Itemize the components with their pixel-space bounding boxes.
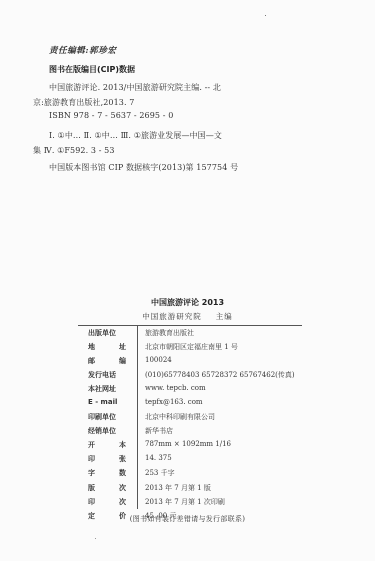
- label-char: 印: [88, 454, 95, 464]
- cip-record-number: 中国版本图书馆 CIP 数据核字(2013)第 157754 号: [49, 162, 238, 173]
- table-row: 版次 2013 年 7 月第 1 版: [88, 483, 318, 497]
- row-value-printing: 2013 年 7 月第 1 次印刷: [145, 497, 225, 507]
- table-row: 印次 2013 年 7 月第 1 次印刷: [88, 497, 318, 511]
- row-value-phone: (010)65778403 65728372 65767462(传真): [145, 370, 295, 380]
- row-label-distributor: 经销单位: [88, 426, 126, 436]
- row-value-address: 北京市朝阳区定福庄南里 1 号: [145, 342, 238, 352]
- table-row: 本社网址 www. tepcb. com: [88, 384, 318, 398]
- row-value-publisher: 旅游教育出版社: [145, 328, 194, 338]
- row-label-printer: 印刷单位: [88, 412, 126, 422]
- book-editor-role: 主编: [216, 312, 233, 321]
- row-value-sheets: 14. 375: [145, 454, 172, 462]
- label-char: 地: [88, 342, 95, 352]
- label-char: 邮: [88, 356, 95, 366]
- table-row: 地址 北京市朝阳区定福庄南里 1 号: [88, 342, 318, 356]
- row-value-distributor: 新华书店: [145, 426, 173, 436]
- table-top-rule: [78, 325, 302, 326]
- label-char: 张: [119, 454, 126, 464]
- row-value-printer: 北京中科印刷有限公司: [145, 412, 215, 422]
- row-label-postcode: 邮编: [88, 356, 126, 366]
- cip-isbn: ISBN 978 - 7 - 5637 - 2695 - 0: [49, 111, 173, 120]
- table-row: 字数 253 千字: [88, 468, 318, 482]
- copyright-page: 责任编辑:郭珍宏 图书在版编目(CIP)数据 中国旅游评论. 2013/中国旅游…: [0, 0, 375, 561]
- cip-line: 集 Ⅳ. ①F592. 3 - 53: [33, 145, 115, 156]
- row-label-email: E - mail: [88, 398, 126, 406]
- row-label-publisher: 出版单位: [88, 328, 126, 338]
- row-label-website: 本社网址: [88, 384, 126, 394]
- label-char: 字: [88, 468, 95, 478]
- label-char: 印: [88, 497, 95, 507]
- binding-error-note: (图书如有装订差错请与发行部联系): [0, 514, 375, 524]
- label-char: 址: [119, 342, 126, 352]
- cip-line: Ⅰ. ①中… Ⅱ. ①中… Ⅲ. ①旅游业发展—中国—文: [49, 130, 222, 141]
- table-row: E - mail tepfx@163. com: [88, 398, 318, 412]
- table-row: 印张 14. 375: [88, 454, 318, 468]
- cip-line: 京:旅游教育出版社,2013. 7: [33, 97, 134, 108]
- book-editor: 中国旅游研究院主编: [0, 311, 375, 322]
- row-label-edition: 版次: [88, 483, 126, 493]
- row-value-website: www. tepcb. com: [145, 384, 206, 392]
- label-char: 版: [88, 483, 95, 493]
- row-value-format: 787mm × 1092mm 1/16: [145, 440, 231, 448]
- row-value-word-count: 253 千字: [145, 468, 175, 478]
- label-char: 开: [88, 440, 95, 450]
- label-char: 次: [119, 483, 126, 493]
- table-row: 开本 787mm × 1092mm 1/16: [88, 440, 318, 454]
- label-char: 次: [119, 497, 126, 507]
- table-row: 经销单位 新华书店: [88, 426, 318, 440]
- row-value-edition: 2013 年 7 月第 1 版: [145, 483, 211, 493]
- table-row: 邮编 100024: [88, 356, 318, 370]
- table-row: 发行电话 (010)65778403 65728372 65767462(传真): [88, 370, 318, 384]
- table-row: 印刷单位 北京中科印刷有限公司: [88, 412, 318, 426]
- book-title: 中国旅游评论 2013: [0, 297, 375, 308]
- table-row: 出版单位 旅游教育出版社: [88, 328, 318, 342]
- row-label-printing: 印次: [88, 497, 126, 507]
- scan-speck: [95, 538, 96, 539]
- row-value-postcode: 100024: [145, 356, 172, 364]
- publication-info-table: 出版单位 旅游教育出版社 地址 北京市朝阳区定福庄南里 1 号 邮编 10002…: [88, 328, 318, 525]
- cip-heading: 图书在版编目(CIP)数据: [49, 64, 135, 75]
- row-label-phone: 发行电话: [88, 370, 126, 380]
- scan-speck: [265, 15, 266, 16]
- label-char: 数: [119, 468, 126, 478]
- label-char: 编: [119, 356, 126, 366]
- row-value-email: tepfx@163. com: [145, 398, 203, 406]
- cip-line: 中国旅游评论. 2013/中国旅游研究院主编. -- 北: [49, 82, 221, 93]
- row-label-word-count: 字数: [88, 468, 126, 478]
- row-label-format: 开本: [88, 440, 126, 450]
- book-editor-name: 中国旅游研究院: [142, 312, 202, 321]
- responsible-editor: 责任编辑:郭珍宏: [49, 44, 116, 56]
- row-label-address: 地址: [88, 342, 126, 352]
- row-label-sheets: 印张: [88, 454, 126, 464]
- label-char: 本: [119, 440, 126, 450]
